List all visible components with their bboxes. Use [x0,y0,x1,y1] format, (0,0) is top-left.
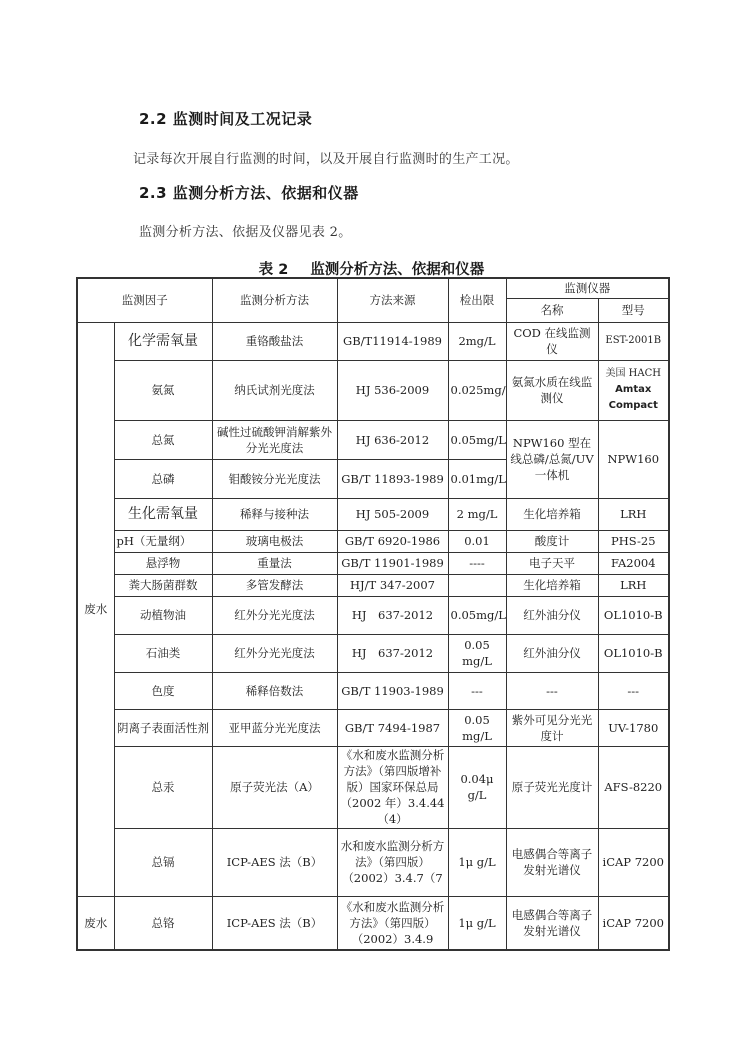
cell-inst-name: NPW160 型在线总磷/总氮/UV 一体机 [506,420,598,498]
cell-inst-name: COD 在线监测仪 [506,322,598,360]
cell-inst-name: 生化培养箱 [506,498,598,530]
cell-source: GB/T 11903-1989 [337,672,448,709]
header-instrument: 监测仪器 [506,278,669,298]
table-row: 废水 化学需氧量 重铬酸盐法 GB/T11914-1989 2mg/L COD … [77,322,669,360]
cell-source: GB/T 7494-1987 [337,709,448,746]
cell-method: 纳氏试剂光度法 [212,360,337,420]
cell-factor: 生化需氧量 [114,498,212,530]
cell-inst-model: FA2004 [598,552,669,574]
cell-method: 玻璃电极法 [212,530,337,552]
cell-inst-name: 电感偶合等离子发射光谱仪 [506,828,598,896]
table-row: 氨氮 纳氏试剂光度法 HJ 536-2009 0.025mg/L 氨氮水质在线监… [77,360,669,420]
cell-method: ICP-AES 法（B） [212,828,337,896]
table-row: 生化需氧量 稀释与接种法 HJ 505-2009 2 mg/L 生化培养箱 LR… [77,498,669,530]
section-body-2-2: 记录每次开展自行监测的时间，以及开展自行监测时的生产工况。 [133,148,519,167]
table-caption: 表 2监测分析方法、依据和仪器 [0,258,743,279]
table-row: 悬浮物 重量法 GB/T 11901-1989 ---- 电子天平 FA2004 [77,552,669,574]
header-method: 监测分析方法 [212,278,337,322]
header-instrument-name: 名称 [506,298,598,322]
cell-factor: 阴离子表面活性剂 [114,709,212,746]
header-source: 方法来源 [337,278,448,322]
cell-method: 红外分光光度法 [212,634,337,672]
cell-inst-model: iCAP 7200 [598,896,669,950]
cell-limit: 0.05 mg/L [448,709,506,746]
cell-inst-model: --- [598,672,669,709]
cell-inst-model: LRH [598,498,669,530]
cell-inst-model: UV-1780 [598,709,669,746]
cell-source: GB/T11914-1989 [337,322,448,360]
table-row: 总汞 原子荧光法（A） 《水和废水监测分析方法》（第四版增补版）国家环保总局（2… [77,746,669,828]
cell-limit: 0.05mg/L [448,596,506,634]
cell-factor: 粪大肠菌群数 [114,574,212,596]
cell-limit: 0.05mg/L [448,420,506,459]
cell-limit: 0.025mg/L [448,360,506,420]
cell-limit: 2mg/L [448,322,506,360]
cell-factor: 总铬 [114,896,212,950]
cell-inst-model: EST-2001B [598,322,669,360]
group-label-wastewater-2: 废水 [77,896,114,950]
cell-limit: 0.01 [448,530,506,552]
cell-source: HJ 636-2012 [337,420,448,459]
cell-source: HJ 536-2009 [337,360,448,420]
cell-inst-name: 紫外可见分光光度计 [506,709,598,746]
cell-method: 碱性过硫酸钾消解紫外分光光度法 [212,420,337,459]
monitoring-methods-table: 监测因子 监测分析方法 方法来源 检出限 监测仪器 名称 型号 废水 化学需氧量… [76,277,670,951]
cell-limit: 0.04μ g/L [448,746,506,828]
table-row: pH（无量纲） 玻璃电极法 GB/T 6920-1986 0.01 酸度计 PH… [77,530,669,552]
cell-method: 稀释与接种法 [212,498,337,530]
cell-inst-name: 酸度计 [506,530,598,552]
cell-method: 红外分光光度法 [212,596,337,634]
cell-source: HJ 637-2012 [337,634,448,672]
cell-factor: 化学需氧量 [114,322,212,360]
table-header-row: 监测因子 监测分析方法 方法来源 检出限 监测仪器 [77,278,669,298]
cell-inst-name: 电感偶合等离子发射光谱仪 [506,896,598,950]
cell-method: 重铬酸盐法 [212,322,337,360]
cell-inst-model: iCAP 7200 [598,828,669,896]
cell-limit: --- [448,672,506,709]
cell-inst-name: --- [506,672,598,709]
cell-source: HJ 637-2012 [337,596,448,634]
table-caption-title: 监测分析方法、依据和仪器 [310,262,484,278]
cell-method: ICP-AES 法（B） [212,896,337,950]
cell-method: 多管发酵法 [212,574,337,596]
table-row: 废水 总铬 ICP-AES 法（B） 《水和废水监测分析方法》（第四版）（200… [77,896,669,950]
header-factor: 监测因子 [77,278,212,322]
cell-method: 钼酸铵分光光度法 [212,459,337,498]
cell-factor: 悬浮物 [114,552,212,574]
cell-inst-name: 氨氮水质在线监测仪 [506,360,598,420]
inst-model-brand: 美国 HACH [599,366,669,382]
cell-source: GB/T 6920-1986 [337,530,448,552]
cell-limit: 0.01mg/L [448,459,506,498]
table-row: 动植物油 红外分光光度法 HJ 637-2012 0.05mg/L 红外油分仪 … [77,596,669,634]
cell-inst-model: AFS-8220 [598,746,669,828]
cell-limit: 2 mg/L [448,498,506,530]
section-heading-2-2: 2.2 监测时间及工况记录 [139,108,312,129]
table-caption-number: 表 2 [259,262,289,278]
cell-source: 水和废水监测分析方法》（第四版）（2002）3.4.7（7 [337,828,448,896]
header-limit: 检出限 [448,278,506,322]
cell-inst-model: PHS-25 [598,530,669,552]
cell-inst-model: OL1010-B [598,596,669,634]
cell-source: HJ/T 347-2007 [337,574,448,596]
cell-factor: 石油类 [114,634,212,672]
group-label-wastewater: 废水 [77,322,114,896]
table-row: 粪大肠菌群数 多管发酵法 HJ/T 347-2007 生化培养箱 LRH [77,574,669,596]
cell-source: 《水和废水监测分析方法》（第四版增补版）国家环保总局（2002 年）3.4.44… [337,746,448,828]
cell-inst-model: 美国 HACH Amtax Compact [598,360,669,420]
cell-method: 稀释倍数法 [212,672,337,709]
cell-method: 重量法 [212,552,337,574]
table-row: 总氮 碱性过硫酸钾消解紫外分光光度法 HJ 636-2012 0.05mg/L … [77,420,669,459]
inst-model-name: Amtax Compact [599,382,669,414]
cell-source: HJ 505-2009 [337,498,448,530]
cell-inst-model: LRH [598,574,669,596]
cell-method: 原子荧光法（A） [212,746,337,828]
cell-inst-name: 生化培养箱 [506,574,598,596]
table-row: 总镉 ICP-AES 法（B） 水和废水监测分析方法》（第四版）（2002）3.… [77,828,669,896]
cell-factor: 总磷 [114,459,212,498]
cell-factor: 总氮 [114,420,212,459]
table-row: 色度 稀释倍数法 GB/T 11903-1989 --- --- --- [77,672,669,709]
cell-factor: 氨氮 [114,360,212,420]
cell-limit: 0.05 mg/L [448,634,506,672]
cell-method: 亚甲蓝分光光度法 [212,709,337,746]
table-row: 阴离子表面活性剂 亚甲蓝分光光度法 GB/T 7494-1987 0.05 mg… [77,709,669,746]
section-heading-2-3: 2.3 监测分析方法、依据和仪器 [139,182,359,203]
cell-inst-name: 红外油分仪 [506,634,598,672]
cell-limit [448,574,506,596]
cell-source: GB/T 11901-1989 [337,552,448,574]
header-instrument-model: 型号 [598,298,669,322]
section-body-2-3: 监测分析方法、依据及仪器见表 2。 [139,221,352,240]
cell-inst-name: 原子荧光光度计 [506,746,598,828]
cell-limit: 1μ g/L [448,896,506,950]
cell-limit: 1μ g/L [448,828,506,896]
cell-factor: pH（无量纲） [114,530,212,552]
cell-factor: 总汞 [114,746,212,828]
cell-inst-model: NPW160 [598,420,669,498]
cell-factor: 色度 [114,672,212,709]
cell-factor: 动植物油 [114,596,212,634]
cell-inst-model: OL1010-B [598,634,669,672]
cell-limit: ---- [448,552,506,574]
cell-inst-name: 电子天平 [506,552,598,574]
cell-inst-name: 红外油分仪 [506,596,598,634]
table-row: 石油类 红外分光光度法 HJ 637-2012 0.05 mg/L 红外油分仪 … [77,634,669,672]
cell-source: GB/T 11893-1989 [337,459,448,498]
cell-factor: 总镉 [114,828,212,896]
cell-source: 《水和废水监测分析方法》（第四版）（2002）3.4.9 [337,896,448,950]
